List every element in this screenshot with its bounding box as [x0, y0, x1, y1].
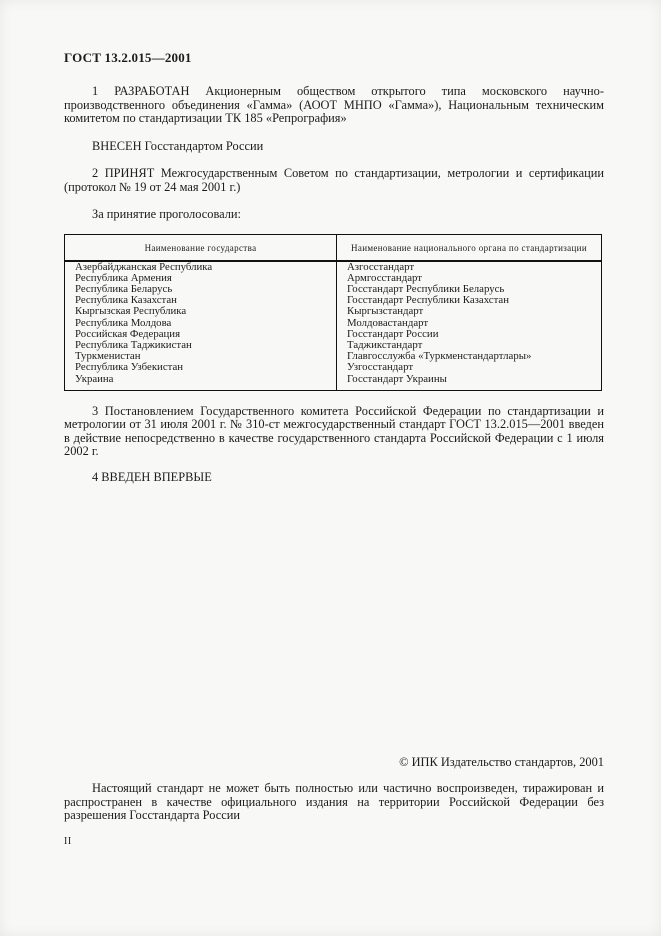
- table-row: Республика Беларусь Госстандарт Республи…: [65, 284, 602, 295]
- org-cell: Госстандарт России: [337, 329, 602, 340]
- column-header-state: Наименование государства: [65, 234, 337, 261]
- table-row: Азербайджанская Республика Азгосстандарт: [65, 261, 602, 273]
- state-cell: Азербайджанская Республика: [65, 261, 337, 273]
- clause-3-enacted: 3 Постановлением Государственного комите…: [64, 405, 604, 459]
- voting-table-header: Наименование государства Наименование на…: [65, 234, 602, 261]
- table-row: Российская Федерация Госстандарт России: [65, 329, 602, 340]
- page-number: II: [64, 836, 72, 847]
- reproduction-notice: Настоящий стандарт не может быть полност…: [64, 782, 604, 823]
- state-cell: Республика Казахстан: [65, 295, 337, 306]
- voting-table: Наименование государства Наименование на…: [64, 234, 602, 391]
- state-cell: Туркменистан: [65, 351, 337, 362]
- clause-submitted: ВНЕСЕН Госстандартом России: [64, 140, 604, 154]
- page-footer: © ИПК Издательство стандартов, 2001 Наст…: [64, 755, 604, 823]
- state-cell: Республика Узбекистан: [65, 362, 337, 373]
- org-cell: Госстандарт Республики Беларусь: [337, 284, 602, 295]
- table-row: Республика Таджикистан Таджикстандарт: [65, 340, 602, 351]
- table-row: Республика Молдова Молдовастандарт: [65, 318, 602, 329]
- org-cell: Таджикстандарт: [337, 340, 602, 351]
- table-row: Республика Узбекистан Узгосстандарт: [65, 362, 602, 373]
- column-header-org: Наименование национального органа по ста…: [337, 234, 602, 261]
- org-cell: Армгосстандарт: [337, 273, 602, 284]
- state-cell: Российская Федерация: [65, 329, 337, 340]
- org-cell: Госстандарт Украины: [337, 374, 602, 391]
- table-row: Республика Казахстан Госстандарт Республ…: [65, 295, 602, 306]
- voting-table-body: Азербайджанская Республика Азгосстандарт…: [65, 261, 602, 391]
- org-cell: Узгосстандарт: [337, 362, 602, 373]
- org-cell: Молдовастандарт: [337, 318, 602, 329]
- clause-1-developed: 1 РАЗРАБОТАН Акционерным обществом откры…: [64, 85, 604, 126]
- state-cell: Республика Молдова: [65, 318, 337, 329]
- standard-number-title: ГОСТ 13.2.015—2001: [64, 50, 604, 66]
- state-cell: Республика Армения: [65, 273, 337, 284]
- state-cell: Республика Беларусь: [65, 284, 337, 295]
- org-cell: Азгосстандарт: [337, 261, 602, 273]
- state-cell: Украина: [65, 374, 337, 391]
- state-cell: Кыргызская Республика: [65, 306, 337, 317]
- voted-for-adoption-label: За принятие проголосовали:: [64, 208, 604, 222]
- document-page: ГОСТ 13.2.015—2001 1 РАЗРАБОТАН Акционер…: [0, 0, 661, 936]
- clause-4-first-introduced: 4 ВВЕДЕН ВПЕРВЫЕ: [64, 471, 604, 485]
- state-cell: Республика Таджикистан: [65, 340, 337, 351]
- org-cell: Госстандарт Республики Казахстан: [337, 295, 602, 306]
- table-row: Кыргызская Республика Кыргызстандарт: [65, 306, 602, 317]
- org-cell: Главгосслужба «Туркменстандартлары»: [337, 351, 602, 362]
- table-row: Украина Госстандарт Украины: [65, 374, 602, 391]
- org-cell: Кыргызстандарт: [337, 306, 602, 317]
- copyright-line: © ИПК Издательство стандартов, 2001: [64, 755, 604, 770]
- table-row: Туркменистан Главгосслужба «Туркменстанд…: [65, 351, 602, 362]
- table-row: Республика Армения Армгосстандарт: [65, 273, 602, 284]
- document-content: ГОСТ 13.2.015—2001 1 РАЗРАБОТАН Акционер…: [64, 50, 604, 484]
- clause-2-adopted: 2 ПРИНЯТ Межгосударственным Советом по с…: [64, 167, 604, 194]
